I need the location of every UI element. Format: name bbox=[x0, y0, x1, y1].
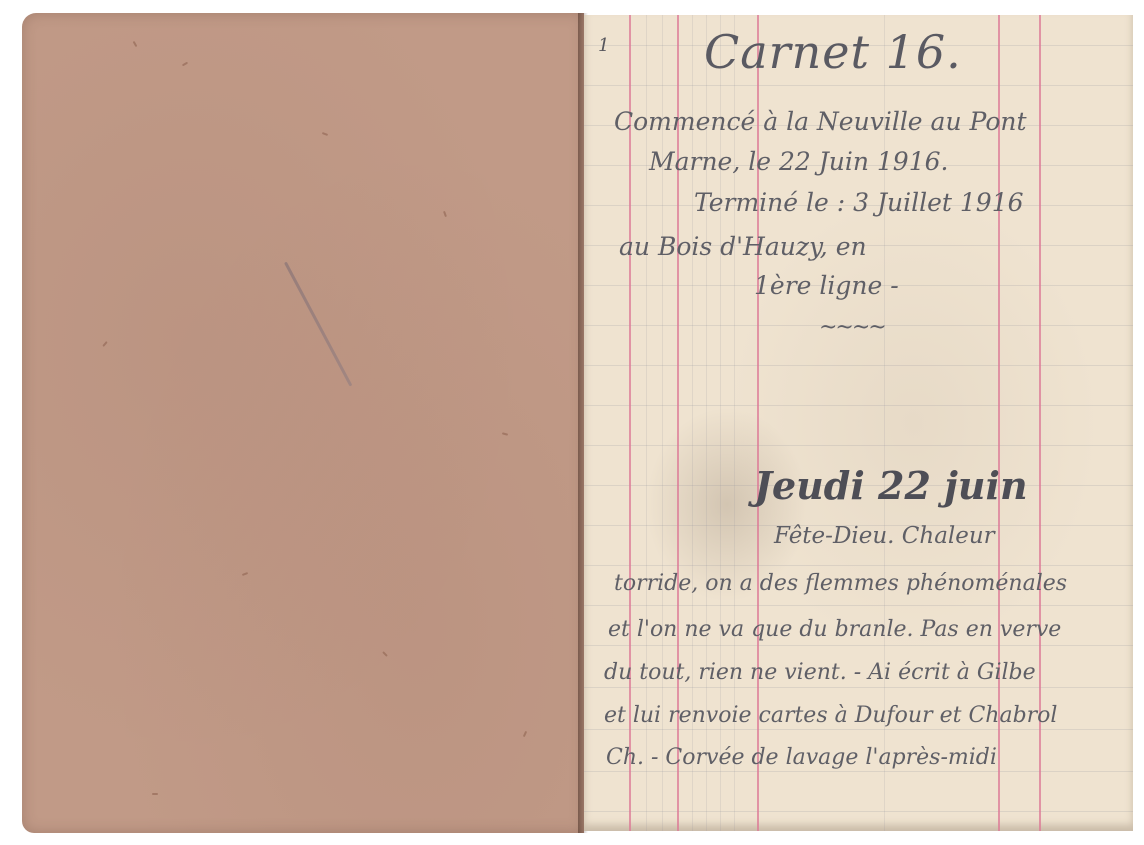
open-notebook: 1 Carnet 16. Commencé à la Neuville au P… bbox=[0, 0, 1144, 845]
page-number-mark: 1 bbox=[598, 35, 609, 56]
paper-fleck bbox=[242, 572, 248, 576]
paper-fleck bbox=[182, 62, 188, 67]
paper-fleck bbox=[102, 341, 107, 347]
grid-line bbox=[584, 811, 1133, 812]
entry-day-heading: Jeudi 22 juin bbox=[754, 463, 1028, 508]
left-cover-page bbox=[22, 13, 584, 833]
right-journal-page: 1 Carnet 16. Commencé à la Neuville au P… bbox=[584, 15, 1133, 831]
pencil-stroke-mark bbox=[284, 262, 352, 387]
entry-line: Ch. - Corvée de lavage l'après-midi bbox=[606, 745, 997, 770]
entry-line: du tout, rien ne vient. - Ai écrit à Gil… bbox=[604, 660, 1036, 685]
header-line: 1ère ligne - bbox=[754, 271, 899, 300]
paper-fleck bbox=[152, 793, 158, 795]
paper-fleck bbox=[382, 651, 388, 657]
paper-fleck bbox=[443, 211, 447, 217]
paper-fleck bbox=[322, 132, 328, 136]
grid-line bbox=[584, 645, 1133, 646]
grid-line bbox=[584, 365, 1133, 366]
separator-flourish: ~~~~ bbox=[819, 315, 885, 340]
paper-fleck bbox=[133, 41, 138, 47]
entry-line: Fête-Dieu. Chaleur bbox=[774, 523, 995, 549]
paper-fleck bbox=[502, 432, 508, 435]
entry-line: torride, on a des flemmes phénoménales bbox=[614, 571, 1067, 596]
paper-fleck bbox=[523, 731, 527, 737]
header-line: Terminé le : 3 Juillet 1916 bbox=[694, 188, 1024, 217]
entry-line: et l'on ne va que du branle. Pas en verv… bbox=[608, 617, 1061, 642]
grid-line bbox=[584, 405, 1133, 406]
grid-line bbox=[584, 605, 1133, 606]
grid-line bbox=[584, 687, 1133, 688]
notebook-title: Carnet 16. bbox=[704, 25, 962, 79]
grid-line bbox=[584, 445, 1133, 446]
grid-line bbox=[584, 729, 1133, 730]
header-line: au Bois d'Hauzy, en bbox=[619, 232, 867, 261]
entry-line: et lui renvoie cartes à Dufour et Chabro… bbox=[604, 703, 1057, 728]
grid-line bbox=[584, 85, 1133, 86]
grid-line bbox=[584, 771, 1133, 772]
header-line: Marne, le 22 Juin 1916. bbox=[649, 147, 948, 176]
grid-line bbox=[584, 565, 1133, 566]
header-line: Commencé à la Neuville au Pont bbox=[614, 107, 1027, 136]
